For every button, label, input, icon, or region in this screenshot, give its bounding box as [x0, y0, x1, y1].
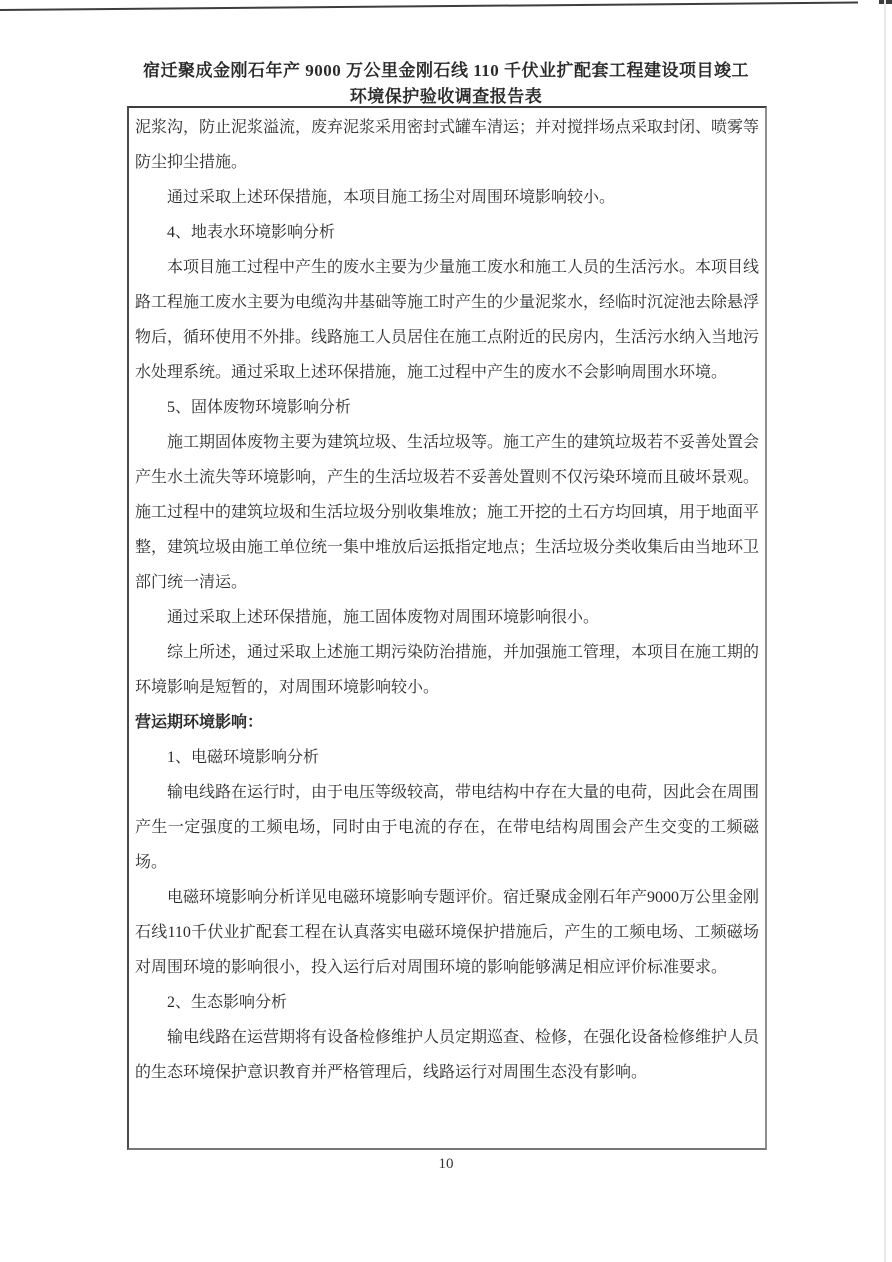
document-header: 宿迁聚成金刚石年产 9000 万公里金刚石线 110 千伏业扩配套工程建设项目竣…: [0, 58, 892, 110]
body-paragraph: 通过采取上述环保措施，施工固体废物对周围环境影响很小。: [135, 600, 759, 635]
continuation-paragraph: 泥浆沟，防止泥浆溢流，废弃泥浆采用密封式罐车清运；并对搅拌场点采取封闭、喷雾等防…: [135, 110, 759, 180]
body-paragraph: 本项目施工过程中产生的废水主要为少量施工废水和施工人员的生活污水。本项目线路工程…: [135, 250, 759, 390]
scanned-report-page: 宿迁聚成金刚石年产 9000 万公里金刚石线 110 千伏业扩配套工程建设项目竣…: [0, 0, 892, 1262]
scan-artifact-right-line: [884, 0, 886, 1262]
paragraph-container: 泥浆沟，防止泥浆溢流，废弃泥浆采用密封式罐车清运；并对搅拌场点采取封闭、喷雾等防…: [135, 110, 759, 1090]
section-label: 营运期环境影响：: [135, 705, 759, 740]
body-paragraph: 电磁环境影响分析详见电磁环境影响专题评价。宿迁聚成金刚石年产9000万公里金刚石…: [135, 880, 759, 985]
header-title-line1: 宿迁聚成金刚石年产 9000 万公里金刚石线 110 千伏业扩配套工程建设项目竣…: [0, 58, 892, 84]
body-paragraph: 输电线路在运行时，由于电压等级较高，带电结构中存在大量的电荷，因此会在周围产生一…: [135, 775, 759, 880]
section-heading: 4、地表水环境影响分析: [135, 215, 759, 250]
section-heading: 1、电磁环境影响分析: [135, 740, 759, 775]
body-paragraph: 通过采取上述环保措施，本项目施工扬尘对周围环境影响较小。: [135, 180, 759, 215]
report-table-cell: 泥浆沟，防止泥浆溢流，废弃泥浆采用密封式罐车清运；并对搅拌场点采取封闭、喷雾等防…: [127, 106, 767, 1150]
section-heading: 2、生态影响分析: [135, 985, 759, 1020]
page-number: 10: [0, 1154, 892, 1174]
scan-artifact-top-line: [0, 2, 858, 11]
section-heading: 5、固体废物环境影响分析: [135, 390, 759, 425]
body-paragraph: 综上所述，通过采取上述施工期污染防治措施，并加强施工管理，本项目在施工期的环境影…: [135, 635, 759, 705]
body-paragraph: 输电线路在运营期将有设备检修维护人员定期巡查、检修，在强化设备检修维护人员的生态…: [135, 1020, 759, 1090]
body-paragraph: 施工期固体废物主要为建筑垃圾、生活垃圾等。施工产生的建筑垃圾若不妥善处置会产生水…: [135, 425, 759, 600]
